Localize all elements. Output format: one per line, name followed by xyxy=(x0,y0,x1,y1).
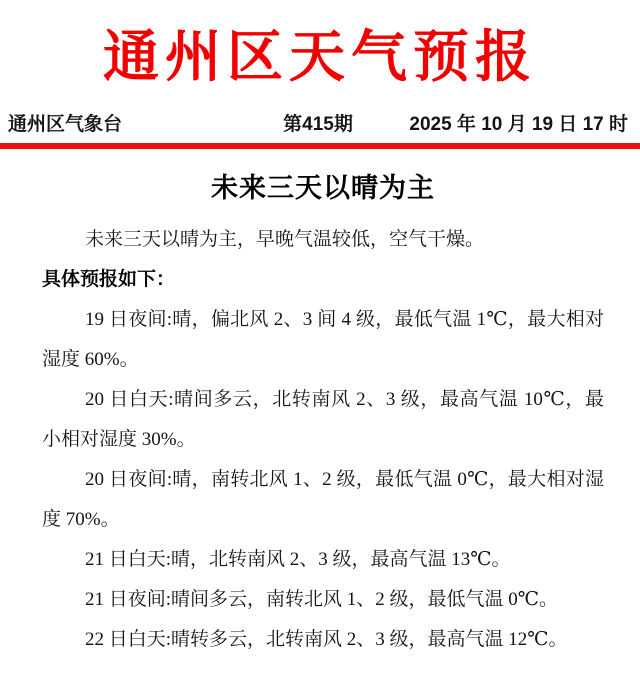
article-headline: 未来三天以晴为主 xyxy=(42,172,604,204)
intro-paragraph: 未来三天以晴为主，早晚气温较低，空气干燥。 xyxy=(42,220,604,260)
issue-number: 第415期 xyxy=(283,114,353,136)
forecast-item-21-night: 21 日夜间:晴间多云，南转北风 1、2 级，最低气温 0℃。 xyxy=(42,580,604,620)
forecast-item-20-night: 20 日夜间:晴，南转北风 1、2 级，最低气温 0℃，最大相对湿度 70%。 xyxy=(42,460,604,540)
forecast-item-20-day: 20 日白天:晴间多云，北转南风 2、3 级，最高气温 10℃，最小相对湿度 3… xyxy=(42,380,604,460)
masthead: 通州区气象台 第415期 2025 年 10 月 19 日 17 时 xyxy=(0,114,640,136)
forecast-item-22-day: 22 日白天:晴转多云，北转南风 2、3 级，最高气温 12℃。 xyxy=(42,620,604,660)
forecast-item-19-night: 19 日夜间:晴，偏北风 2、3 间 4 级，最低气温 1℃，最大相对湿度 60… xyxy=(42,300,604,380)
bulletin-body: 未来三天以晴为主 未来三天以晴为主，早晚气温较低，空气干燥。 具体预报如下： 1… xyxy=(0,172,640,660)
bulletin-title: 通州区天气预报 xyxy=(0,28,640,88)
issuing-agency: 通州区气象台 xyxy=(8,114,283,136)
red-divider-rule xyxy=(0,143,640,149)
weather-bulletin-page: 通州区天气预报 通州区气象台 第415期 2025 年 10 月 19 日 17… xyxy=(0,0,640,700)
section-label: 具体预报如下： xyxy=(42,260,604,300)
forecast-item-21-day: 21 日白天:晴，北转南风 2、3 级，最高气温 13℃。 xyxy=(42,540,604,580)
issue-datetime: 2025 年 10 月 19 日 17 时 xyxy=(353,114,628,136)
